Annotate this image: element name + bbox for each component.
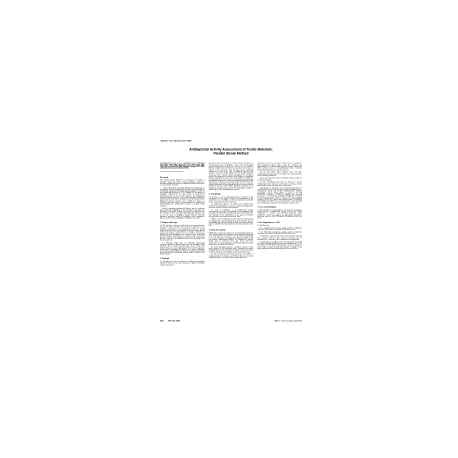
section-6-paragraph: 6.1.1 Staphylococcus aureus (gram positi… (257, 227, 302, 230)
section-2-heading: 2. Principle (160, 258, 205, 260)
safety-paragraph: 4.2 The test bacteria used in this proce… (209, 254, 254, 259)
safety-note: NOTE: These safety precautions are for i… (209, 232, 254, 245)
section-1-paragraph: 1.2 Materials which give off diffusible … (160, 242, 205, 255)
method-title-line2: Parallel Streak Method (213, 151, 248, 155)
section-5-paragraph: 5.1 This method is not quantitative. It … (257, 209, 302, 219)
section-6-paragraph: 6.2 If desired, especially when the text… (257, 236, 302, 241)
section-6-paragraph: 6.1.2 Klebsiella pneumoniae (gram negati… (257, 231, 302, 234)
revision-history: Developed in 1976 by AATCC Committee RA3… (160, 163, 205, 170)
foreword-paragraph: The Parallel Streak Method was developed… (160, 180, 205, 187)
document-page-content: AATCC Test Method 147-1998 Antibacterial… (160, 140, 302, 330)
method-header: AATCC Test Method 147-1998 (161, 140, 302, 142)
foreword-heading: Foreword (160, 177, 205, 179)
section-6-heading: 6. Test Organisms (see 10.3) (257, 222, 302, 224)
section-1-heading: 1. Purpose and Scope (160, 222, 205, 224)
method-title: Antibacterial Activity Assessment of Tex… (165, 148, 298, 156)
terminology-note: NOTE: A zone of inhibition around a spec… (209, 219, 254, 227)
section-1-paragraph: 1.1 The objective of this test method is… (160, 225, 205, 242)
section-4-heading: 4. Safety Precautions (209, 229, 254, 231)
section-2-continuation: agar which has previously been streaked … (209, 163, 254, 191)
term-antibacterial-agent: 3.2 antibacterial agent, n.—in textiles,… (209, 204, 254, 209)
section-3-heading: 3. Terminology (209, 193, 254, 195)
footer-left: 268TM 147-1998 (160, 320, 180, 322)
column-right: specimens. In case of accidental contact… (257, 163, 302, 311)
safety-paragraph: 4.3 All used culture plates, pipettes, t… (257, 172, 302, 177)
foreword-paragraph: AATCC Method 90, Agar Plate Method, prev… (160, 187, 205, 207)
section-6-paragraph: 6.3 Maintain stock cultures of the test … (257, 241, 302, 249)
column-left: Developed in 1976 by AATCC Committee RA3… (160, 163, 205, 311)
footer-method-code: TM 147-1998 (168, 320, 180, 322)
safety-paragraph: 4.5 The inoculating loop must be flamed … (257, 182, 302, 187)
document-page: AATCC Test Method 147-1998 Antibacterial… (160, 136, 302, 326)
safety-paragraph-continuation: specimens. In case of accidental contact… (257, 163, 302, 171)
section-2-paragraph: 2.1 Specimens of the test material, incl… (160, 261, 205, 266)
foreword-paragraph: Fabrics containing antibacterial finishe… (160, 208, 205, 220)
safety-paragraph: 4.1 Good laboratory practices should be … (209, 246, 254, 253)
page-number: 268 (160, 320, 163, 322)
footer-manual-name: AATCC Technical Manual/2000 (274, 320, 302, 322)
term-activity: 3.1 activity, n.—of an antibacterial age… (209, 196, 254, 203)
page-footer: 268TM 147-1998 AATCC Technical Manual/20… (160, 320, 302, 322)
column-middle: agar which has previously been streaked … (209, 163, 254, 311)
safety-paragraph: 4.6 Exposure to chemicals used in this p… (257, 187, 302, 204)
text-columns: Developed in 1976 by AATCC Committee RA3… (160, 163, 302, 311)
term-zone-of-inhibition: 3.3 zone of inhibition, n.—in antibacter… (209, 209, 254, 217)
